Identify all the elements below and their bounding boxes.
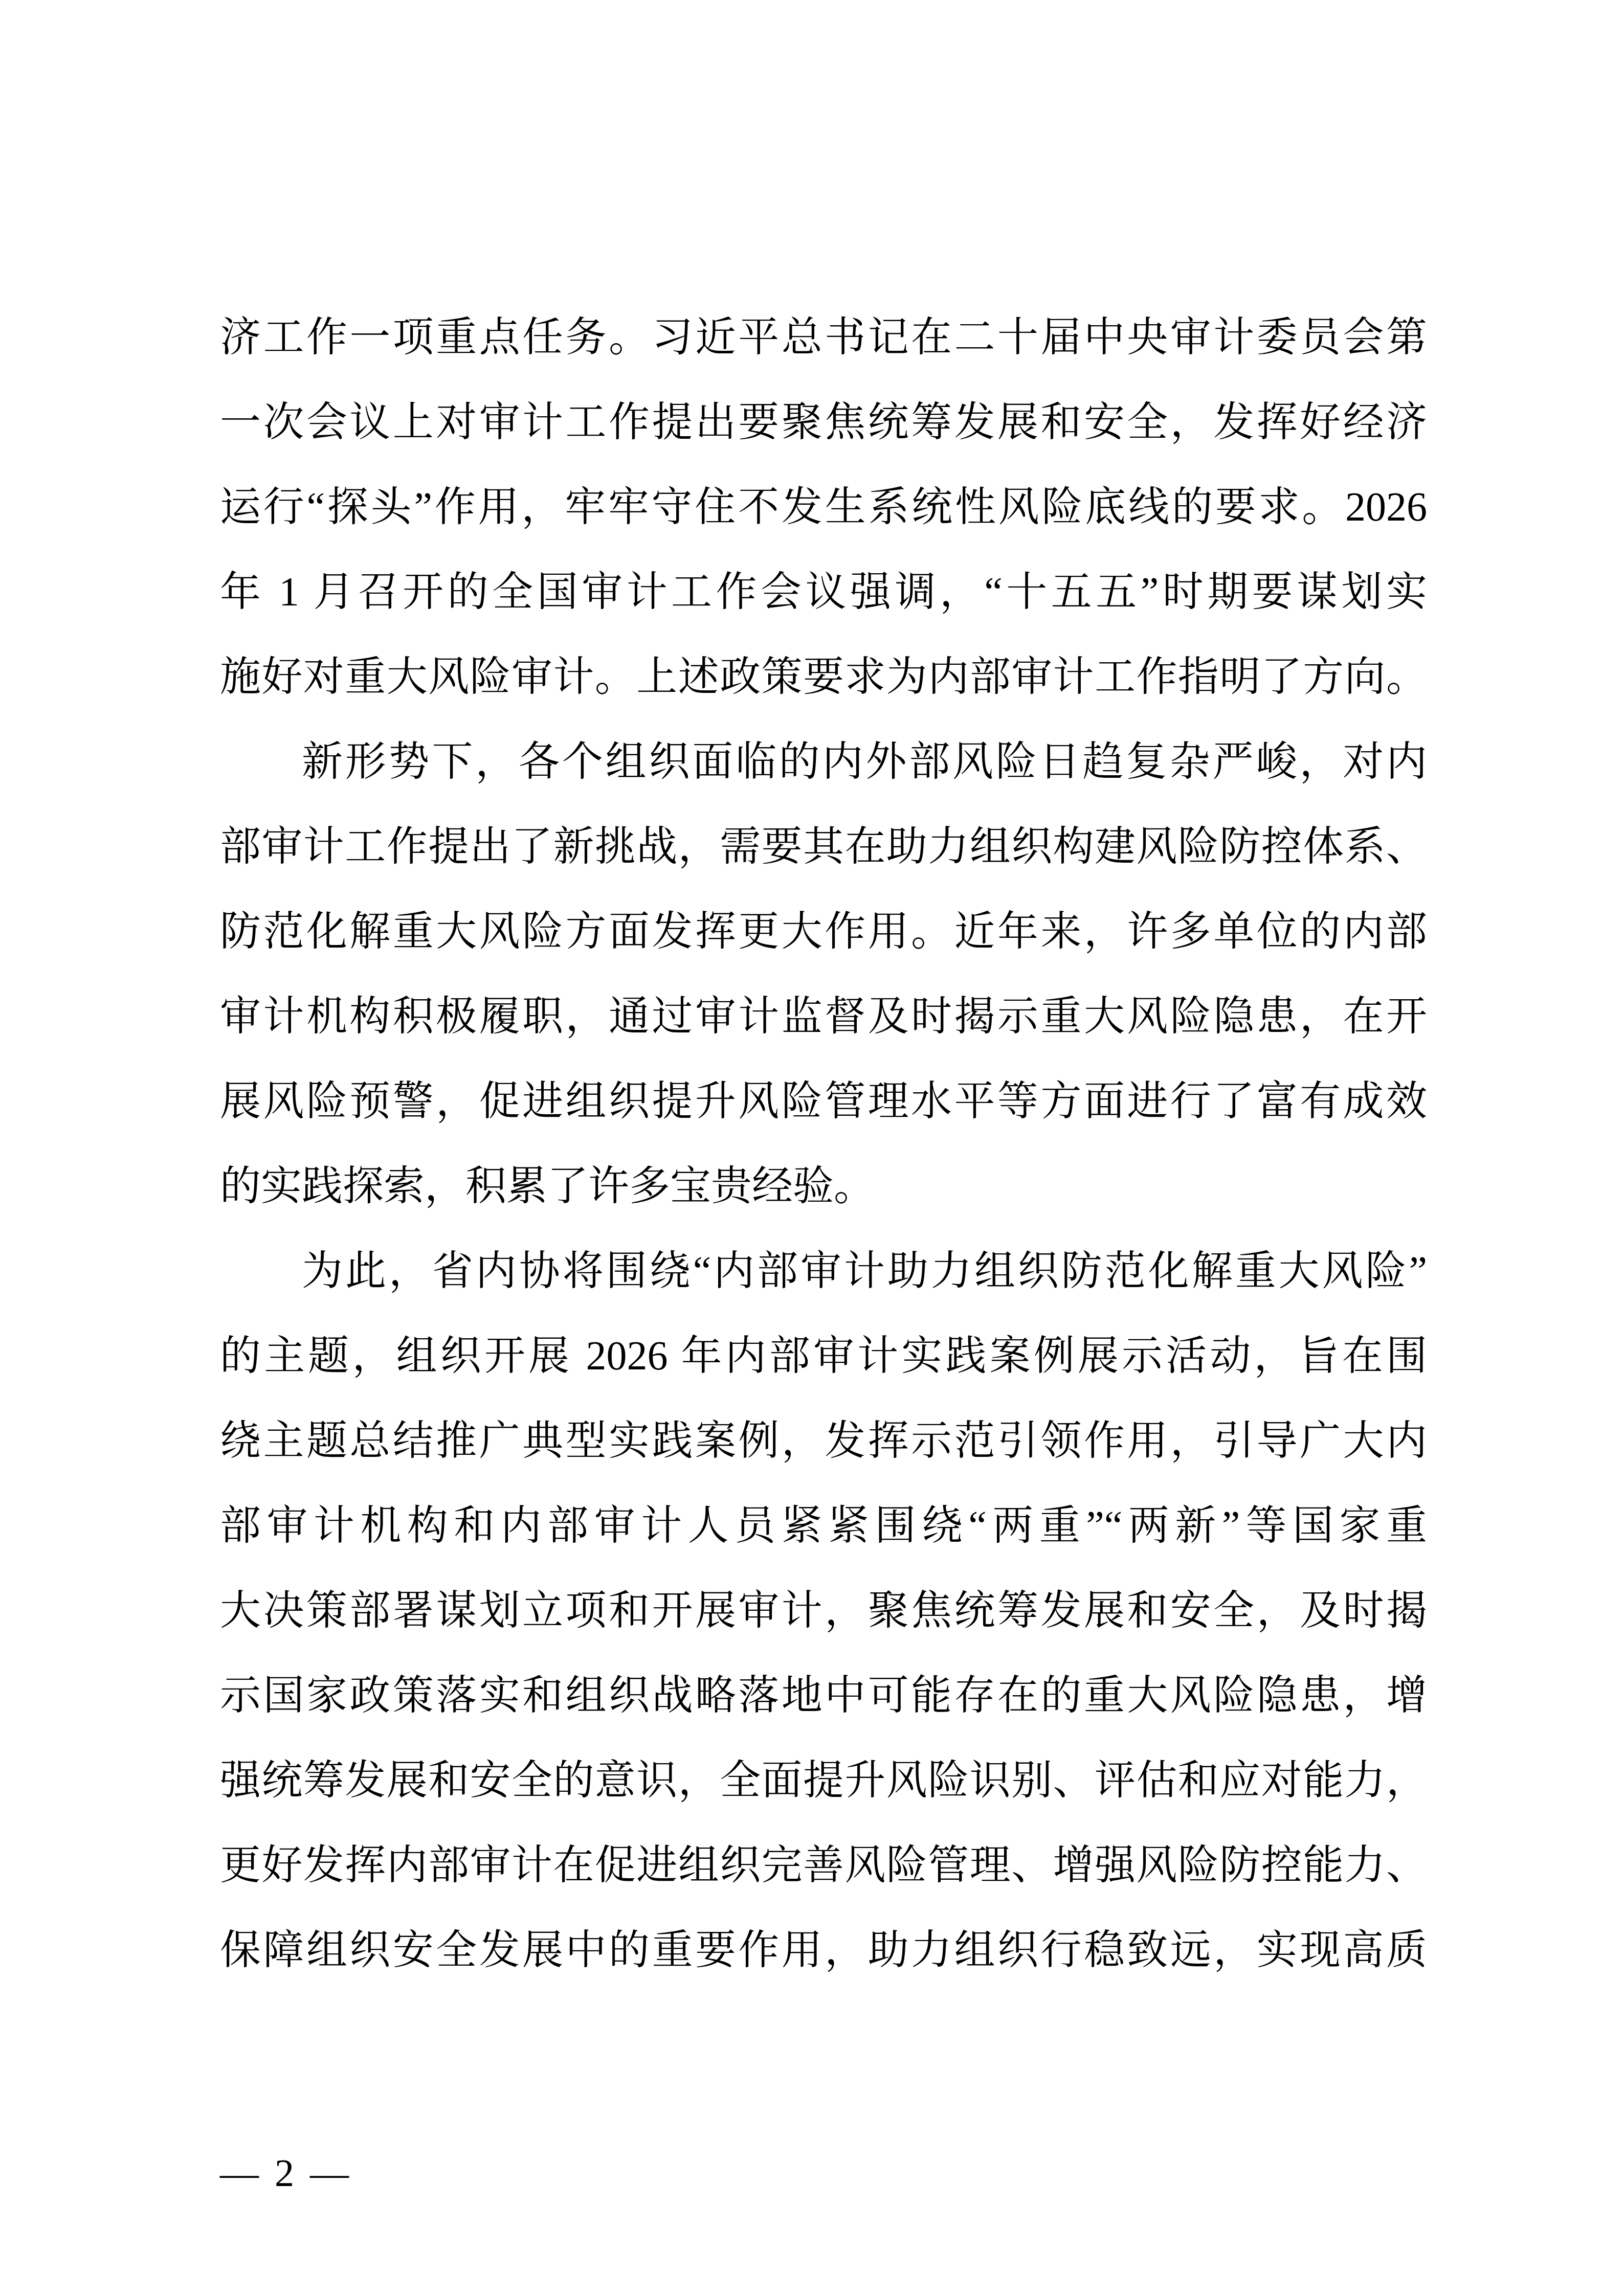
text-line: 更好发挥内部审计在促进组织完善风险管理、增强风险防控能力、	[220, 1823, 1427, 1908]
text-line: 绕主题总结推广典型实践案例，发挥示范引领作用，引导广大内	[220, 1399, 1427, 1483]
text-line: 保障组织安全发展中的重要作用，助力组织行稳致远，实现高质	[220, 1908, 1427, 1993]
text-line: 济工作一项重点任务。习近平总书记在二十届中央审计委员会第	[220, 295, 1427, 380]
text-line: 部审计工作提出了新挑战，需要其在助力组织构建风险防控体系、	[220, 804, 1427, 889]
text-line: 施好对重大风险审计。上述政策要求为内部审计工作指明了方向。	[220, 635, 1427, 719]
text-line: 审计机构积极履职，通过审计监督及时揭示重大风险隐患，在开	[220, 974, 1427, 1059]
text-line: 新形势下，各个组织面临的内外部风险日趋复杂严峻，对内	[220, 719, 1427, 804]
text-line: 的实践探索，积累了许多宝贵经验。	[220, 1144, 1427, 1229]
document-body: 济工作一项重点任务。习近平总书记在二十届中央审计委员会第 一次会议上对审计工作提…	[220, 295, 1427, 1993]
text-line: 示国家政策落实和组织战略落地中可能存在的重大风险隐患，增	[220, 1653, 1427, 1738]
document-page: 济工作一项重点任务。习近平总书记在二十届中央审计委员会第 一次会议上对审计工作提…	[0, 0, 1624, 2296]
page-number: — 2 —	[220, 2148, 352, 2199]
text-line: 展风险预警，促进组织提升风险管理水平等方面进行了富有成效	[220, 1059, 1427, 1144]
text-line: 一次会议上对审计工作提出要聚焦统筹发展和安全，发挥好经济	[220, 380, 1427, 465]
text-line: 为此，省内协将围绕“内部审计助力组织防范化解重大风险”	[220, 1229, 1427, 1314]
text-line: 部审计机构和内部审计人员紧紧围绕“两重”“两新”等国家重	[220, 1483, 1427, 1568]
text-line: 防范化解重大风险方面发挥更大作用。近年来，许多单位的内部	[220, 889, 1427, 974]
text-line: 强统筹发展和安全的意识，全面提升风险识别、评估和应对能力，	[220, 1738, 1427, 1823]
text-line: 运行“探头”作用，牢牢守住不发生系统性风险底线的要求。2026	[220, 465, 1427, 550]
text-line: 年 1 月召开的全国审计工作会议强调，“十五五”时期要谋划实	[220, 550, 1427, 635]
text-line: 大决策部署谋划立项和开展审计，聚焦统筹发展和安全，及时揭	[220, 1568, 1427, 1653]
text-line: 的主题，组织开展 2026 年内部审计实践案例展示活动，旨在围	[220, 1314, 1427, 1399]
